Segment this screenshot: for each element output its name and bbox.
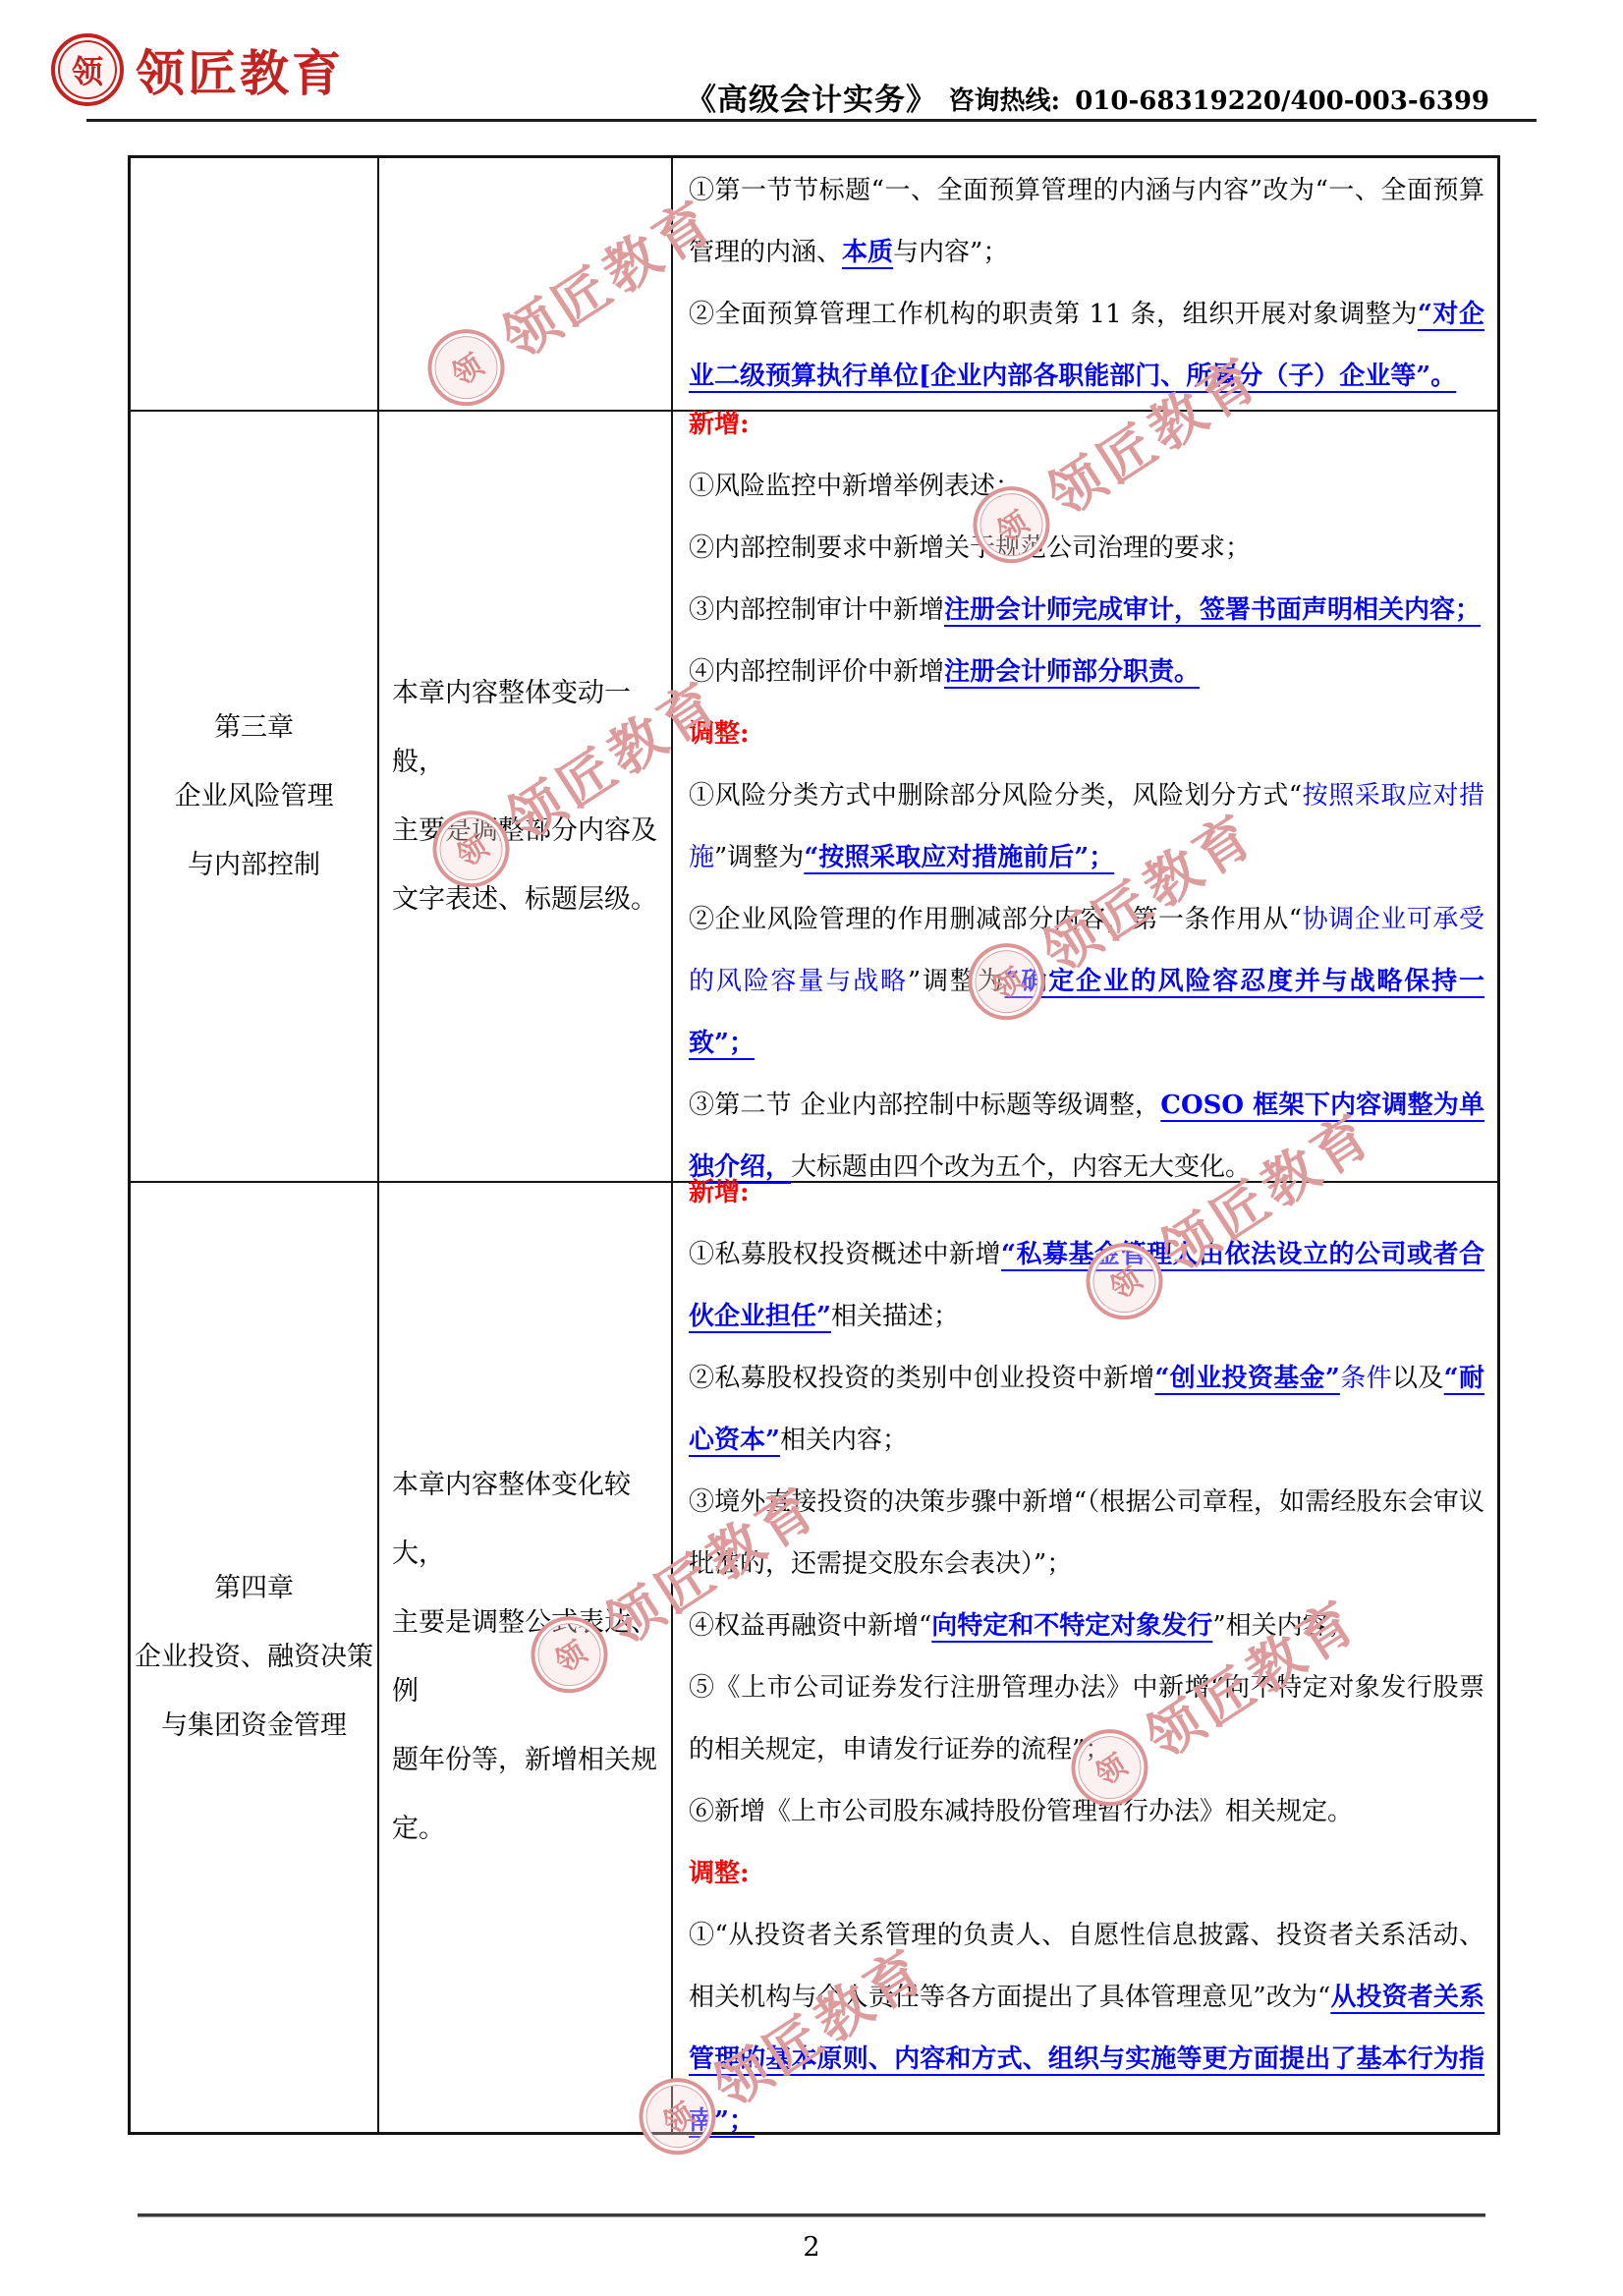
summary-line: 文字表述、标题层级。 — [392, 866, 663, 934]
text-segment: ③内部控制审计中新增 — [689, 595, 944, 625]
detail-paragraph: ③内部控制审计中新增注册会计师完成审计，签署书面声明相关内容； — [689, 580, 1484, 642]
summary-cell: 本章内容整体变化较大，主要是调整公式表达、例题年份等，新增相关规定。 — [379, 1183, 673, 2132]
hotline-number: 010-68319220/400-003-6399 — [1075, 86, 1489, 116]
header-divider — [86, 119, 1537, 122]
details-cell: 新增:①风险监控中新增举例表述；②内部控制要求中新增关于规范公司治理的要求；③内… — [673, 412, 1497, 1181]
detail-paragraph: ②全面预算管理工作机构的职责第 11 条，组织开展对象调整为“对企业二级预算执行… — [689, 284, 1484, 408]
text-segment: 相关内容； — [780, 1426, 908, 1455]
text-segment: 相关描述； — [831, 1302, 959, 1331]
brand-name: 领匠教育 — [136, 34, 344, 105]
brand-seal-icon: 领 — [51, 33, 124, 106]
text-segment: ⑥新增《上市公司股东减持股份管理暂行办法》相关规定。 — [689, 1797, 1353, 1826]
summary-line: 题年份等，新增相关规 — [392, 1726, 663, 1795]
detail-paragraph: ②内部控制要求中新增关于规范公司治理的要求； — [689, 518, 1484, 580]
text-segment: 以及 — [1392, 1364, 1444, 1393]
text-segment: ③境外直接投资的决策步骤中新增“（根据公司章程，如需经股东会审议批准的，还需提交… — [689, 1487, 1484, 1579]
hotline: 咨询热线: 010-68319220/400-003-6399 — [943, 81, 1489, 117]
brand-seal-char: 领 — [72, 47, 103, 92]
text-segment: 调整: — [689, 1859, 750, 1888]
chapter-line: 第三章 — [214, 694, 294, 762]
detail-paragraph: 新增: — [689, 394, 1484, 456]
summary-line: 主要是调整公式表达、例 — [392, 1589, 663, 1726]
text-segment: ②企业风险管理的作用删减部分内容，第一条作用从“ — [689, 905, 1302, 934]
detail-paragraph: ①第一节节标题“一、全面预算管理的内涵与内容”改为“一、全面预算管理的内涵、本质… — [689, 160, 1484, 284]
detail-paragraph: ④权益再融资中新增“向特定和不特定对象发行”相关内容； — [689, 1596, 1484, 1657]
chapter-cell: 第三章企业风险管理与内部控制 — [131, 412, 379, 1181]
text-segment: 调整: — [689, 719, 750, 749]
document-page: 领 领匠教育 《高级会计实务》 咨询热线: 010-68319220/400-0… — [0, 0, 1623, 2296]
text-segment: “按照采取应对措施前后”； — [804, 843, 1114, 872]
text-segment: 向特定和不特定对象发行 — [931, 1611, 1212, 1641]
text-segment: ④内部控制评价中新增 — [689, 657, 944, 687]
detail-paragraph: ④内部控制评价中新增注册会计师部分职责。 — [689, 642, 1484, 703]
summary-line: 本章内容整体变动一般， — [392, 659, 663, 797]
chapter-cell: 第四章企业投资、融资决策与集团资金管理 — [131, 1183, 379, 2132]
detail-paragraph: ①私募股权投资概述中新增“私募基金管理人由依法设立的公司或者合伙企业担任”相关描… — [689, 1224, 1484, 1348]
text-segment: ⑤《上市公司证券发行注册管理办法》中新增“向不特定对象发行股票的相关规定，申请发… — [689, 1673, 1484, 1764]
summary-line: 主要是调整部分内容及 — [392, 797, 663, 866]
chapter-cell — [131, 158, 379, 410]
footer-divider — [138, 2213, 1485, 2217]
text-segment: 本质 — [842, 238, 893, 267]
text-segment: ①私募股权投资概述中新增 — [689, 1240, 1001, 1269]
page-number: 2 — [0, 2232, 1623, 2263]
changes-table: ①第一节节标题“一、全面预算管理的内涵与内容”改为“一、全面预算管理的内涵、本质… — [128, 155, 1500, 2135]
table-row: 第三章企业风险管理与内部控制本章内容整体变动一般，主要是调整部分内容及文字表述、… — [131, 412, 1497, 1183]
detail-paragraph: ⑥新增《上市公司股东减持股份管理暂行办法》相关规定。 — [689, 1781, 1484, 1843]
document-title: 《高级会计实务》 — [686, 75, 937, 119]
details-cell: ①第一节节标题“一、全面预算管理的内涵与内容”改为“一、全面预算管理的内涵、本质… — [673, 158, 1497, 410]
detail-paragraph: ⑤《上市公司证券发行注册管理办法》中新增“向不特定对象发行股票的相关规定，申请发… — [689, 1657, 1484, 1781]
summary-cell — [379, 158, 673, 410]
summary-line: 本章内容整体变化较大， — [392, 1451, 663, 1589]
summary-cell: 本章内容整体变动一般，主要是调整部分内容及文字表述、标题层级。 — [379, 412, 673, 1181]
text-segment: ①风险监控中新增举例表述； — [689, 472, 1021, 501]
text-segment: ”调整为 — [714, 843, 804, 872]
text-segment: ④权益再融资中新增“ — [689, 1611, 931, 1641]
text-segment: 新增: — [689, 410, 750, 439]
text-segment: ②全面预算管理工作机构的职责第 11 条，组织开展对象调整为 — [689, 300, 1418, 329]
chapter-line: 与内部控制 — [188, 831, 320, 900]
chapter-line: 企业风险管理 — [175, 762, 334, 831]
text-segment: “创业投资基金” — [1154, 1364, 1339, 1393]
chapter-line: 第四章 — [214, 1554, 294, 1623]
detail-paragraph: ②企业风险管理的作用删减部分内容，第一条作用从“协调企业可承受的风险容量与战略”… — [689, 889, 1484, 1075]
details-cell: 新增:①私募股权投资概述中新增“私募基金管理人由依法设立的公司或者合伙企业担任”… — [673, 1183, 1497, 2132]
detail-paragraph: 新增: — [689, 1162, 1484, 1224]
text-segment: 与内容”； — [893, 238, 1008, 267]
text-segment: 条件 — [1340, 1364, 1392, 1393]
text-segment: 注册会计师完成审计，签署书面声明相关内容； — [944, 595, 1481, 625]
table-row: 第四章企业投资、融资决策与集团资金管理本章内容整体变化较大，主要是调整公式表达、… — [131, 1183, 1497, 2132]
detail-paragraph: ①“从投资者关系管理的负责人、自愿性信息披露、投资者关系活动、相关机构与个人责任… — [689, 1905, 1484, 2153]
text-segment: ”调整为 — [908, 967, 1005, 996]
detail-paragraph: 调整: — [689, 703, 1484, 765]
text-segment: ①风险分类方式中删除部分风险分类，风险划分方式“ — [689, 781, 1302, 811]
table-row: ①第一节节标题“一、全面预算管理的内涵与内容”改为“一、全面预算管理的内涵、本质… — [131, 158, 1497, 412]
chapter-line: 企业投资、融资决策 — [135, 1623, 373, 1692]
hotline-label: 咨询热线: — [949, 86, 1061, 116]
text-segment: 注册会计师部分职责。 — [944, 657, 1200, 687]
text-segment: ②内部控制要求中新增关于规范公司治理的要求； — [689, 533, 1251, 563]
text-segment: ”相关内容； — [1212, 1611, 1353, 1641]
summary-line: 定。 — [392, 1795, 663, 1864]
brand-logo: 领 领匠教育 — [51, 33, 344, 106]
text-segment: ①第一节节标题“一、全面预算管理的内涵与内容”改为“一、全面预算管理的内涵、 — [689, 176, 1484, 267]
chapter-line: 与集团资金管理 — [161, 1692, 347, 1761]
detail-paragraph: ①风险分类方式中删除部分风险分类，风险划分方式“按照采取应对措施”调整为“按照采… — [689, 765, 1484, 889]
text-segment: ②私募股权投资的类别中创业投资中新增 — [689, 1364, 1154, 1393]
text-segment: 新增: — [689, 1178, 750, 1207]
detail-paragraph: ①风险监控中新增举例表述； — [689, 456, 1484, 518]
text-segment: ③第二节 企业内部控制中标题等级调整， — [689, 1091, 1160, 1120]
detail-paragraph: ③境外直接投资的决策步骤中新增“（根据公司章程，如需经股东会审议批准的，还需提交… — [689, 1472, 1484, 1596]
detail-paragraph: 调整: — [689, 1843, 1484, 1905]
detail-paragraph: ②私募股权投资的类别中创业投资中新增“创业投资基金”条件以及“耐心资本”相关内容… — [689, 1348, 1484, 1472]
